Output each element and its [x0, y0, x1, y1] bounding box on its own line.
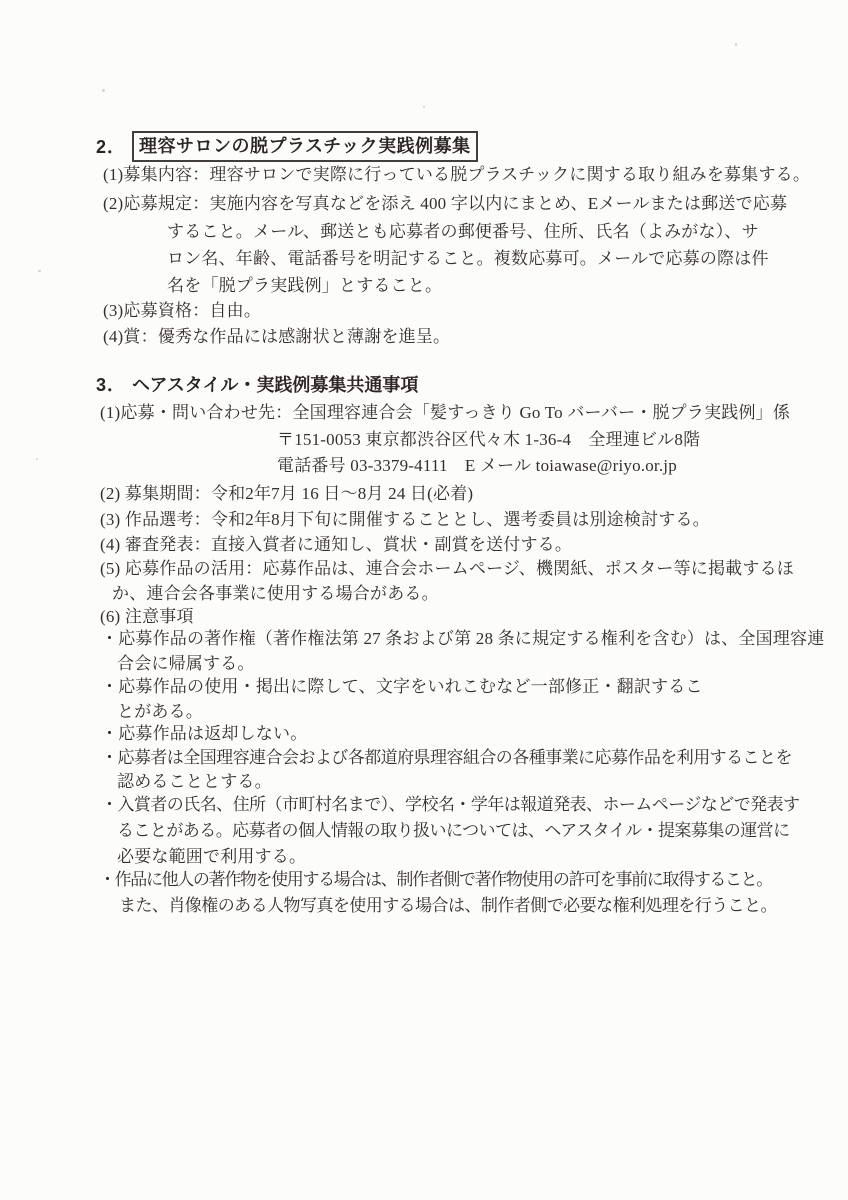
- section2-line: 名を「脱プラ実践例」とすること。: [167, 275, 442, 296]
- section2-line: (1)募集内容：理容サロンで実際に行っている脱プラスチックに関する取り組みを募集…: [103, 164, 810, 185]
- section2-number: 2．: [96, 136, 126, 158]
- note-line: ることがある。応募者の個人情報の取り扱いについては、ヘアスタイル・提案募集の運営…: [117, 820, 790, 841]
- note-line: 認めることとする。: [117, 771, 272, 792]
- note-line: ・応募作品は返却しない。: [101, 723, 307, 744]
- section2-line: すること。メール、郵送とも応募者の郵便番号、住所、氏名（よみがな）、サ: [167, 221, 759, 242]
- scan-speck: [735, 43, 737, 46]
- section3-line: (1)応募・問い合わせ先：全国理容連合会「髪すっきり Go To バーバー・脱プ…: [100, 402, 790, 423]
- note-line: ・応募者は全国理容連合会および各都道府県理容組合の各種事業に応募作品を利用するこ…: [101, 747, 792, 768]
- note-line: とがある。: [117, 701, 203, 722]
- note-line: ・応募作品の使用・掲出に際して、文字をいれこむなど一部修正・翻訳するこ: [101, 676, 703, 697]
- section3-line: (5) 応募作品の活用：応募作品は、連合会ホームページ、機関紙、ポスター等に掲載…: [100, 558, 794, 579]
- note-line: ・入賞者の氏名、住所（市町村名まで）、学校名・学年は報道発表、ホームページなどで…: [101, 794, 800, 815]
- section3-heading: 3． ヘアスタイル・実践例募集共通事項: [96, 374, 418, 396]
- note-line: 必要な範囲で利用する。: [117, 846, 306, 867]
- scan-speck: [36, 458, 38, 460]
- section3-title: ヘアスタイル・実践例募集共通事項: [132, 374, 418, 396]
- section3-line: (4) 審査発表：直接入賞者に通知し、賞状・副賞を送付する。: [100, 534, 572, 555]
- scan-speck: [102, 89, 105, 92]
- note-line: ・作品に他人の著作物を使用する場合は、制作者側で著作物使用の許可を事前に取得する…: [99, 869, 772, 890]
- note-line: ・応募作品の著作権（著作権法第 27 条および第 28 条に規定する権利を含む）…: [101, 628, 824, 649]
- section2-line: (2)応募規定：実施内容を写真などを添え 400 字以内にまとめ、Eメールまたは…: [103, 193, 787, 214]
- note-line: 合会に帰属する。: [117, 653, 255, 674]
- scan-speck: [38, 270, 41, 272]
- section2-line: (3)応募資格：自由。: [103, 300, 261, 321]
- note-line: また、肖像権のある人物写真を使用する場合は、制作者側で必要な権利処理を行うこと。: [119, 895, 777, 916]
- section3-line: (6) 注意事項: [100, 606, 194, 627]
- section3-line: (3) 作品選考：令和2年8月下旬に開催することとし、選考委員は別途検討する。: [100, 509, 710, 530]
- section3-line: か、連合会各事業に使用する場合がある。: [112, 583, 439, 604]
- section2-line: (4)賞：優秀な作品には感謝状と薄謝を進呈。: [103, 326, 450, 347]
- section2-line: ロン名、年齢、電話番号を明記すること。複数応募可。メールで応募の際は件: [167, 248, 769, 269]
- section3-line: (2) 募集期間：令和2年7月 16 日～8月 24 日(必着): [100, 483, 473, 504]
- contact-phone-email-line: 電話番号 03-3379-4111 E メール toiawase@riyo.or…: [277, 455, 677, 476]
- scanned-document-page: 2． 理容サロンの脱プラスチック実践例募集 (1)募集内容：理容サロンで実際に行…: [0, 0, 848, 1200]
- section3-number: 3．: [96, 374, 126, 396]
- section2-heading: 2． 理容サロンの脱プラスチック実践例募集: [96, 131, 478, 162]
- scan-speck: [423, 106, 425, 108]
- section2-title-box: 理容サロンの脱プラスチック実践例募集: [132, 131, 478, 162]
- contact-address-line: 〒151-0053 東京都渋谷区代々木 1-36-4 全理連ビル8階: [277, 429, 700, 450]
